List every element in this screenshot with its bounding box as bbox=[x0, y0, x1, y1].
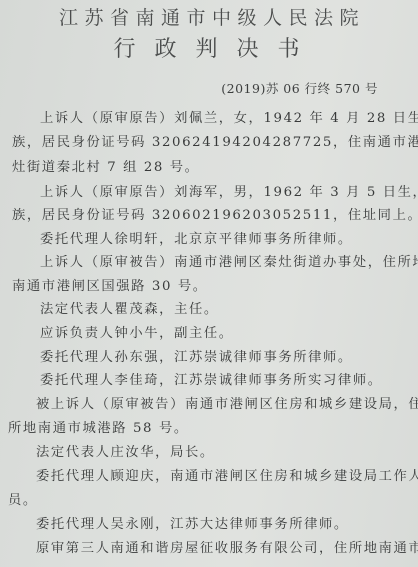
party-line: 法定代表人瞿茂森，主任。 bbox=[40, 301, 219, 319]
party-line: 原审第三人南通和谐房屋征收服务有限公司，住所地南通市 bbox=[36, 540, 418, 558]
document-title: 行政判决书 bbox=[0, 34, 418, 66]
case-number: (2019)苏 06 行终 570 号 bbox=[221, 80, 378, 98]
party-line: 委托代理人顾迎庆，南通市港闸区住房和城乡建设局工作人 bbox=[36, 468, 418, 486]
party-line: 法定代表人庄汝华，局长。 bbox=[36, 444, 215, 462]
party-line: 上诉人（原审被告）南通市港闸区秦灶街道办事处，住所地 bbox=[40, 254, 418, 272]
party-line: 所地南通市城港路 58 号。 bbox=[8, 420, 189, 438]
party-line: 灶街道秦北村 7 组 28 号。 bbox=[12, 159, 200, 177]
party-line: 上诉人（原审原告）刘海军，男，1962 年 3 月 5 日生，汉 bbox=[40, 184, 418, 202]
party-line: 委托代理人李佳琦，江苏崇诚律师事务所实习律师。 bbox=[40, 372, 383, 390]
party-line: 被上诉人（原审被告）南通市港闸区住房和城乡建设局，住 bbox=[36, 396, 418, 414]
party-line: 应诉负责人钟小牛，副主任。 bbox=[40, 325, 234, 343]
party-line: 族，居民身份证号码 320624194204287725，住南通市港闸区秦 bbox=[12, 134, 418, 152]
party-line: 员。 bbox=[8, 492, 38, 510]
party-line: 委托代理人吴永刚，江苏大达律师事务所律师。 bbox=[36, 516, 349, 534]
party-line: 委托代理人徐明轩，北京京平律师事务所律师。 bbox=[40, 231, 353, 249]
court-name: 江苏省南通市中级人民法院 bbox=[0, 2, 418, 34]
party-line: 族，居民身份证号码 320602196203052511，住址同上。 bbox=[12, 207, 418, 225]
party-line: 南通市港闸区国强路 30 号。 bbox=[12, 278, 208, 296]
party-line: 上诉人（原审原告）刘佩兰，女，1942 年 4 月 28 日生，汉 bbox=[40, 110, 418, 128]
party-line: 委托代理人孙东强，江苏崇诚律师事务所律师。 bbox=[40, 349, 353, 367]
document-page: 江苏省南通市中级人民法院 行政判决书 (2019)苏 06 行终 570 号 上… bbox=[0, 0, 418, 567]
